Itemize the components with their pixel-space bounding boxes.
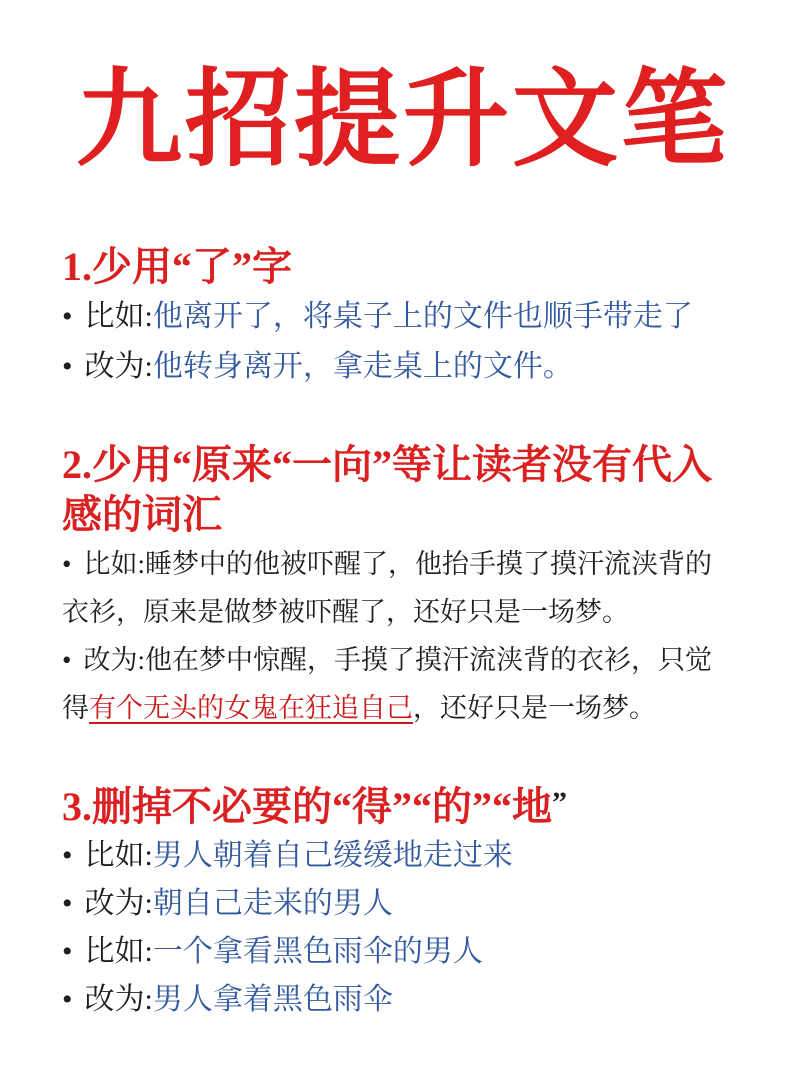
page-title: 九招提升文笔 xyxy=(62,52,744,190)
section-3: 3.删掉不必要的“得”“的”“地”•比如:男人朝着自己缓缓地走过来•改为:朝自己… xyxy=(62,778,744,1024)
section-1-heading: 1.少用“了”字 xyxy=(62,242,744,292)
text-segment: 比如: xyxy=(85,935,153,968)
sections-container: 1.少用“了”字•比如:他离开了，将桌子上的文件也顺手带走了•改为:他转身离开，… xyxy=(62,242,744,1024)
bullet-dot-icon: • xyxy=(62,983,73,1016)
text-segment: 他离开了，将桌子上的文件也顺手带走了 xyxy=(153,300,693,333)
bullet-dot-icon: • xyxy=(62,549,71,579)
text-segment: 1.少用“了”字 xyxy=(62,244,292,289)
bullet-dot-icon: • xyxy=(62,839,73,872)
bullet-item: •改为:朝自己走来的男人 xyxy=(62,880,744,928)
text-segment: 改为: xyxy=(85,350,153,383)
text-segment: 3.删掉不必要的“得”“的”“地 xyxy=(62,784,552,829)
text-segment: 有个无头的女鬼在狂追自己 xyxy=(89,693,413,723)
text-segment: 改为: xyxy=(85,983,153,1016)
text-segment: 他转身离开，拿走桌上的文件。 xyxy=(153,350,573,383)
text-segment: 2.少用“原来“一向”等让读者没有代入 感的词汇 xyxy=(62,442,712,537)
text-segment: 比如:睡梦中的他被吓醒了，他抬手摸了摸汗流浃背的 衣衫，原来是做梦被吓醒了，还好… xyxy=(62,549,712,627)
bullet-item: •比如:他离开了，将桌子上的文件也顺手带走了 xyxy=(62,292,744,342)
bullet-dot-icon: • xyxy=(62,300,73,333)
text-segment: 比如: xyxy=(85,839,153,872)
bullet-dot-icon: • xyxy=(62,935,73,968)
text-segment: ，还好只是一场梦。 xyxy=(413,693,656,723)
bullet-dot-icon: • xyxy=(62,645,71,675)
bullet-item: •比如:睡梦中的他被吓醒了，他抬手摸了摸汗流浃背的 衣衫，原来是做梦被吓醒了，还… xyxy=(62,540,744,636)
text-segment: 比如: xyxy=(85,300,153,333)
text-segment: ” xyxy=(552,786,567,819)
section-2-heading: 2.少用“原来“一向”等让读者没有代入 感的词汇 xyxy=(62,440,744,540)
section-3-heading: 3.删掉不必要的“得”“的”“地” xyxy=(62,778,744,832)
bullet-item: •改为:男人拿着黑色雨伞 xyxy=(62,976,744,1024)
bullet-dot-icon: • xyxy=(62,887,73,920)
text-segment: 一个拿看黑色雨伞的男人 xyxy=(153,935,483,968)
text-segment: 男人拿着黑色雨伞 xyxy=(153,983,393,1016)
section-1: 1.少用“了”字•比如:他离开了，将桌子上的文件也顺手带走了•改为:他转身离开，… xyxy=(62,242,744,392)
bullet-dot-icon: • xyxy=(62,350,73,383)
bullet-item: •比如:男人朝着自己缓缓地走过来 xyxy=(62,832,744,880)
text-segment: 朝自己走来的男人 xyxy=(153,887,393,920)
bullet-item: •比如:一个拿看黑色雨伞的男人 xyxy=(62,928,744,976)
bullet-item: •改为:他在梦中惊醒，手摸了摸汗流浃背的衣衫，只觉 得有个无头的女鬼在狂追自己，… xyxy=(62,636,744,732)
section-2: 2.少用“原来“一向”等让读者没有代入 感的词汇•比如:睡梦中的他被吓醒了，他抬… xyxy=(62,440,744,732)
text-segment: 改为: xyxy=(85,887,153,920)
infographic-page: 九招提升文笔 1.少用“了”字•比如:他离开了，将桌子上的文件也顺手带走了•改为… xyxy=(0,0,800,1067)
text-segment: 男人朝着自己缓缓地走过来 xyxy=(153,839,513,872)
bullet-item: •改为:他转身离开，拿走桌上的文件。 xyxy=(62,342,744,392)
